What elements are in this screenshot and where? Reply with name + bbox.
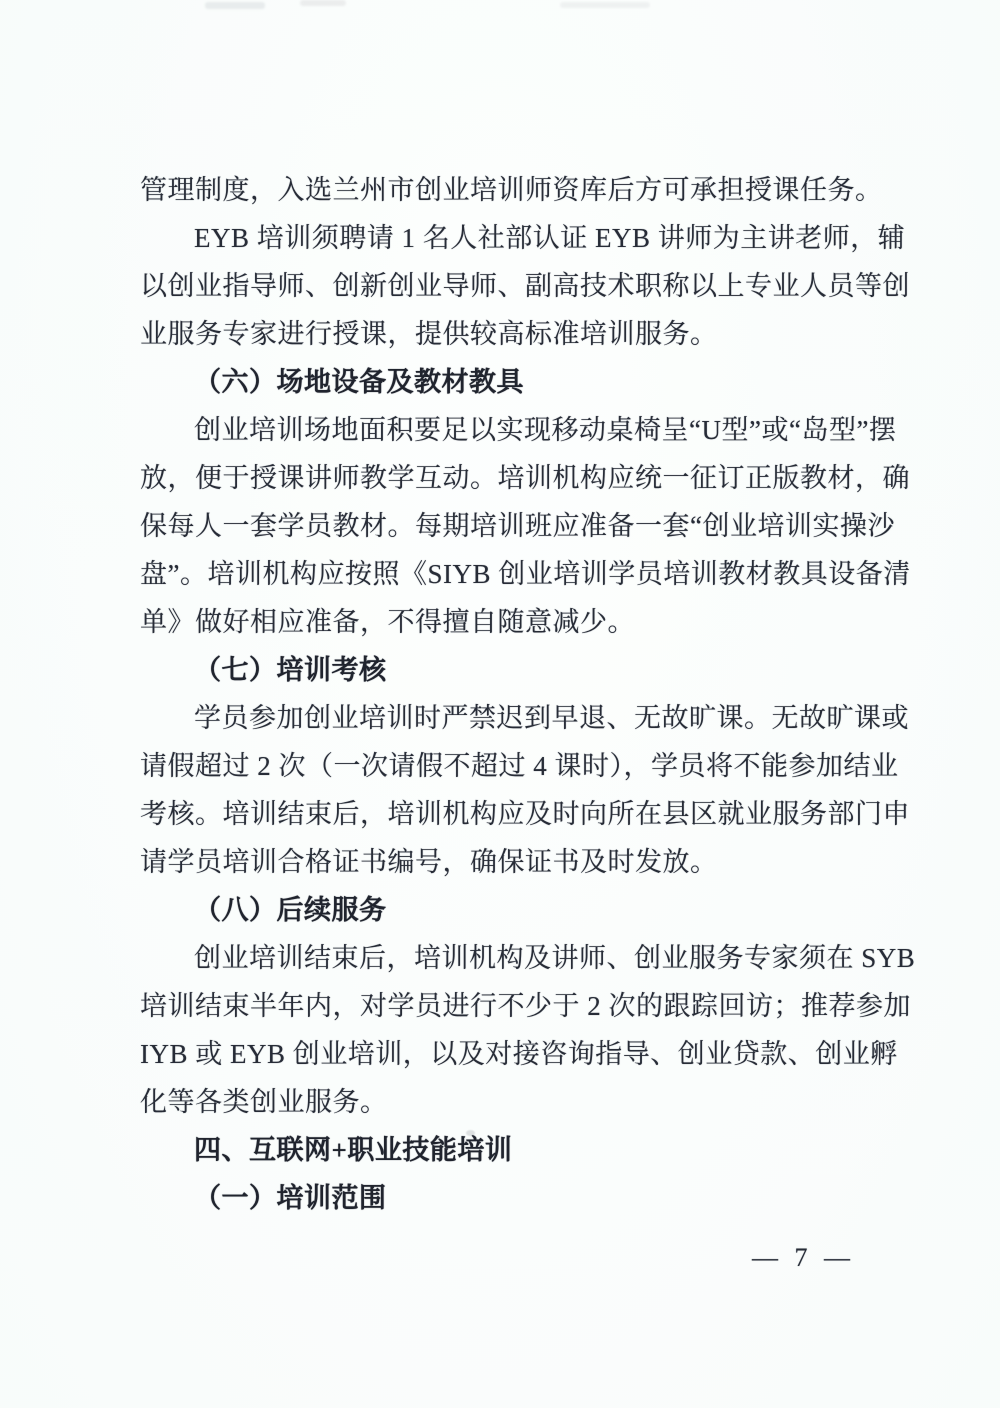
text-line: 业服务专家进行授课，提供较高标准培训服务。 [140, 310, 880, 358]
heading-line: （七）培训考核 [140, 646, 880, 694]
heading-line: （六）场地设备及教材教具 [140, 358, 880, 406]
text-line: 管理制度，入选兰州市创业培训师资库后方可承担授课任务。 [140, 166, 880, 214]
scanned-document-page: 管理制度，入选兰州市创业培训师资库后方可承担授课任务。EYB 培训须聘请 1 名… [0, 0, 1000, 1408]
text-line: IYB 或 EYB 创业培训，以及对接咨询指导、创业贷款、创业孵 [140, 1030, 880, 1078]
scan-artifact [560, 2, 650, 8]
heading-line: 四、互联网+职业技能培训 [140, 1126, 880, 1174]
text-line: 考核。培训结束后，培训机构应及时向所在县区就业服务部门申 [140, 790, 880, 838]
heading-line: （八）后续服务 [140, 886, 880, 934]
scan-artifact [300, 0, 346, 6]
heading-line: （一）培训范围 [140, 1174, 880, 1222]
text-line: 保每人一套学员教材。每期培训班应准备一套“创业培训实操沙 [140, 502, 880, 550]
page-number: — 7 — [752, 1242, 855, 1274]
text-line: 以创业指导师、创新创业导师、副高技术职称以上专业人员等创 [140, 262, 880, 310]
text-line: 创业培训场地面积要足以实现移动桌椅呈“U型”或“岛型”摆 [140, 406, 880, 454]
text-line: 单》做好相应准备，不得擅自随意减少。 [140, 598, 880, 646]
scan-artifact [205, 2, 265, 9]
text-line: 学员参加创业培训时严禁迟到早退、无故旷课。无故旷课或 [140, 694, 880, 742]
text-line: 盘”。培训机构应按照《SIYB 创业培训学员培训教材教具设备清 [140, 550, 880, 598]
text-line: 化等各类创业服务。 [140, 1078, 880, 1126]
text-line: EYB 培训须聘请 1 名人社部认证 EYB 讲师为主讲老师，辅 [140, 214, 880, 262]
text-line: 创业培训结束后，培训机构及讲师、创业服务专家须在 SYB [140, 934, 880, 982]
text-line: 请假超过 2 次（一次请假不超过 4 课时），学员将不能参加结业 [140, 742, 880, 790]
text-line: 请学员培训合格证书编号，确保证书及时发放。 [140, 838, 880, 886]
text-line: 放，便于授课讲师教学互动。培训机构应统一征订正版教材，确 [140, 454, 880, 502]
document-body: 管理制度，入选兰州市创业培训师资库后方可承担授课任务。EYB 培训须聘请 1 名… [140, 166, 880, 1222]
text-line: 培训结束半年内，对学员进行不少于 2 次的跟踪回访；推荐参加 [140, 982, 880, 1030]
